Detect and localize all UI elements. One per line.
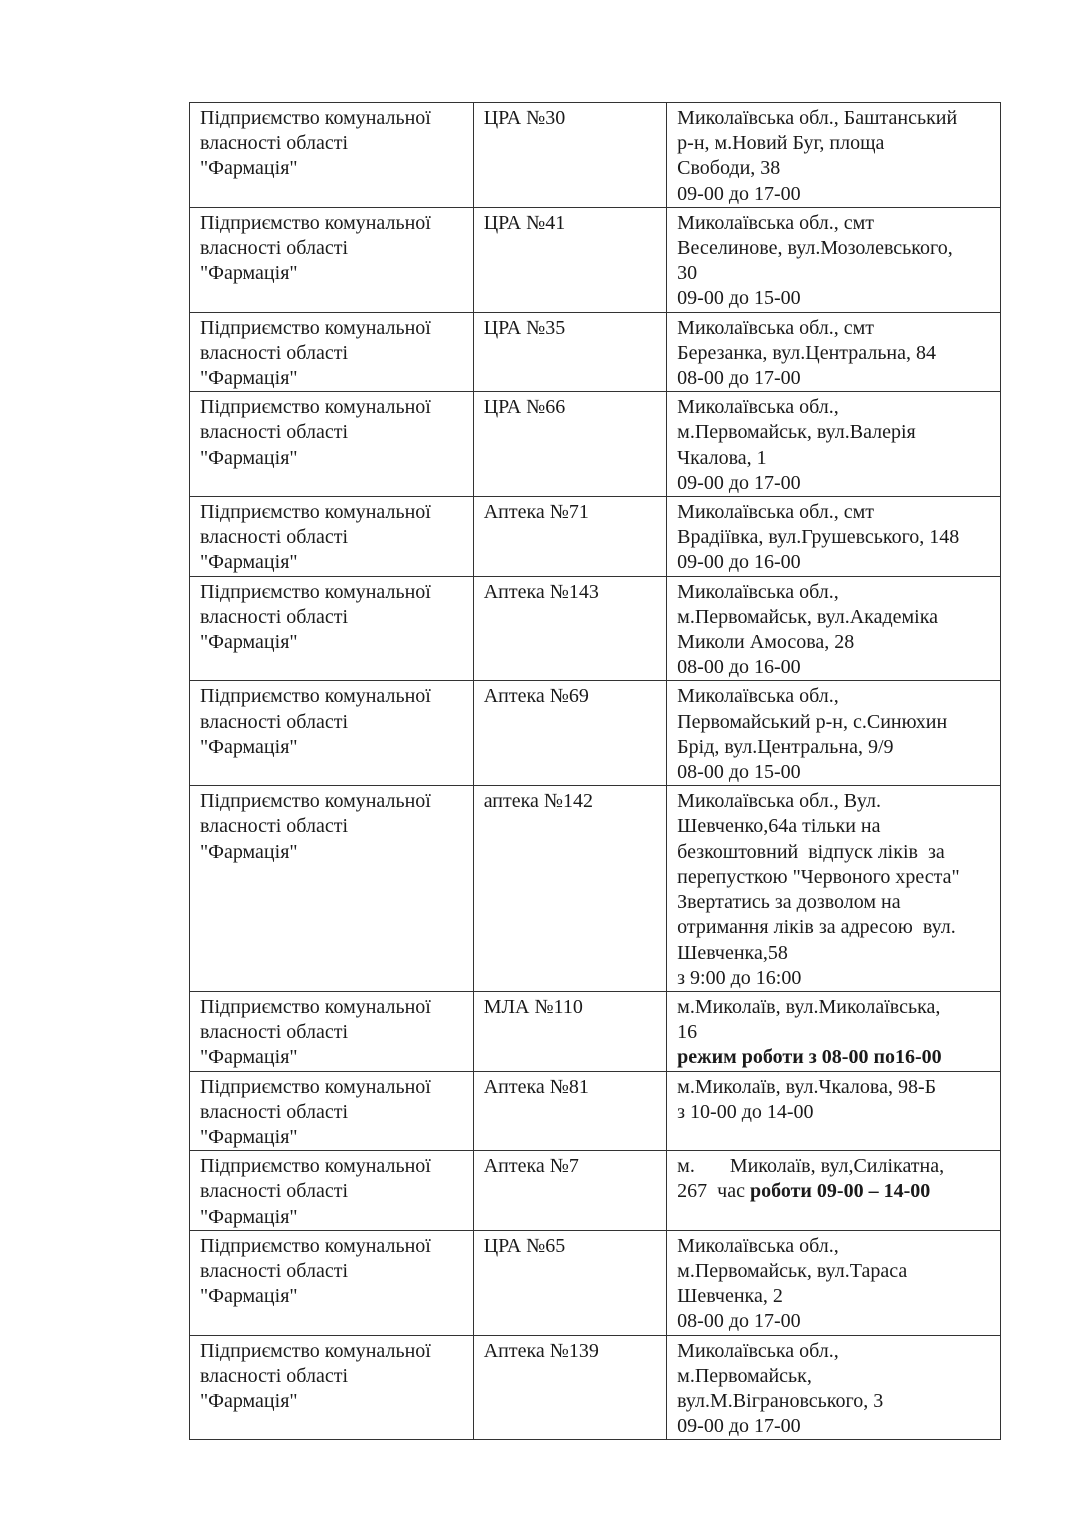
table-row: Підприємство комунальноївласності област… [190, 681, 1001, 786]
working-hours: 267 час роботи 09-00 – 14-00 [677, 1179, 992, 1204]
organization-line: Підприємство комунальної [200, 106, 465, 131]
address-line: перепусткою "Червоного хреста" [677, 865, 992, 890]
pharmacy-name: ЦРА №35 [484, 316, 658, 341]
pharmacy-name-cell: ЦРА №41 [473, 207, 666, 312]
organization-line: Підприємство комунальної [200, 684, 465, 709]
pharmacy-name-cell: Аптека №69 [473, 681, 666, 786]
pharmacy-name: ЦРА №30 [484, 106, 658, 131]
organization-line: "Фармація" [200, 446, 465, 471]
address-line: Миколаївська обл., [677, 684, 992, 709]
address-line: м. Миколаїв, вул,Силікатна, [677, 1154, 992, 1179]
address-line: Брід, вул.Центральна, 9/9 [677, 735, 992, 760]
working-hours-bold: роботи 09-00 – 14-00 [750, 1180, 930, 1202]
organization-line: власності області [200, 1020, 465, 1045]
organization-line: Підприємство комунальної [200, 1075, 465, 1100]
organization-line: "Фармація" [200, 1284, 465, 1309]
address-line: отримання ліків за адресою вул. [677, 915, 992, 940]
address-line: 08-00 до 17-00 [677, 1309, 992, 1334]
pharmacy-name: ЦРА №66 [484, 395, 658, 420]
address-line: м.Первомайськ, вул.Тараса [677, 1259, 992, 1284]
address-line: безкоштовний відпуск ліків за [677, 840, 992, 865]
address-line: Миколаївська обл., [677, 1339, 992, 1364]
table-row: Підприємство комунальноївласності област… [190, 497, 1001, 577]
address-line: Миколаївська обл., [677, 580, 992, 605]
organization-line: Підприємство комунальної [200, 1154, 465, 1179]
organization-cell: Підприємство комунальноївласності област… [190, 991, 474, 1071]
organization-line: Підприємство комунальної [200, 995, 465, 1020]
address-line: 08-00 до 16-00 [677, 655, 992, 680]
address-line: Миколи Амосова, 28 [677, 630, 992, 655]
address-line: Первомайський р-н, с.Синюхин [677, 710, 992, 735]
organization-cell: Підприємство комунальноївласності област… [190, 786, 474, 992]
table-row: Підприємство комунальноївласності област… [190, 786, 1001, 992]
organization-cell: Підприємство комунальноївласності област… [190, 312, 474, 392]
pharmacy-name: Аптека №81 [484, 1075, 658, 1100]
address-cell: Миколаївська обл., смтВеселинове, вул.Мо… [667, 207, 1001, 312]
address-line: 09-00 до 17-00 [677, 471, 992, 496]
table-row: Підприємство комунальноївласності област… [190, 392, 1001, 497]
organization-cell: Підприємство комунальноївласності област… [190, 681, 474, 786]
address-cell: Миколаївська обл., смтБерезанка, вул.Цен… [667, 312, 1001, 392]
organization-cell: Підприємство комунальноївласності област… [190, 392, 474, 497]
pharmacy-name: ЦРА №65 [484, 1234, 658, 1259]
pharmacy-name: Аптека №139 [484, 1339, 658, 1364]
address-line: 09-00 до 16-00 [677, 550, 992, 575]
address-line: Врадіївка, вул.Грушевського, 148 [677, 525, 992, 550]
table-row: Підприємство комунальноївласності област… [190, 1230, 1001, 1335]
organization-cell: Підприємство комунальноївласності област… [190, 1071, 474, 1151]
address-cell: Миколаївська обл.,м.Первомайськ, вул.Тар… [667, 1230, 1001, 1335]
table-row: Підприємство комунальноївласності област… [190, 1071, 1001, 1151]
organization-line: власності області [200, 710, 465, 735]
pharmacy-table-body: Підприємство комунальноївласності област… [190, 103, 1001, 1440]
address-cell: Миколаївська обл., смтВрадіївка, вул.Гру… [667, 497, 1001, 577]
organization-line: Підприємство комунальної [200, 316, 465, 341]
pharmacy-name: аптека №142 [484, 789, 658, 814]
working-hours: режим роботи з 08-00 по16-00 [677, 1045, 992, 1070]
address-cell: Миколаївська обл., Вул.Шевченко,64а тіль… [667, 786, 1001, 992]
address-line: Веселинове, вул.Мозолевського, [677, 236, 992, 261]
organization-line: "Фармація" [200, 1389, 465, 1414]
address-line: 08-00 до 15-00 [677, 760, 992, 785]
pharmacy-name: Аптека №71 [484, 500, 658, 525]
pharmacy-name: МЛА №110 [484, 995, 658, 1020]
table-row: Підприємство комунальноївласності област… [190, 1335, 1001, 1440]
organization-cell: Підприємство комунальноївласності област… [190, 1230, 474, 1335]
organization-line: власності області [200, 1259, 465, 1284]
organization-line: Підприємство комунальної [200, 211, 465, 236]
address-line: Миколаївська обл., [677, 1234, 992, 1259]
pharmacy-name: ЦРА №41 [484, 211, 658, 236]
organization-line: "Фармація" [200, 550, 465, 575]
organization-cell: Підприємство комунальноївласності област… [190, 103, 474, 208]
organization-line: власності області [200, 1364, 465, 1389]
address-line: 30 [677, 261, 992, 286]
address-line: Чкалова, 1 [677, 446, 992, 471]
organization-line: Підприємство комунальної [200, 395, 465, 420]
address-cell: м. Миколаїв, вул,Силікатна,267 час робот… [667, 1151, 1001, 1231]
table-row: Підприємство комунальноївласності област… [190, 207, 1001, 312]
pharmacy-name: Аптека №69 [484, 684, 658, 709]
address-line: 09-00 до 15-00 [677, 286, 992, 311]
organization-line: Підприємство комунальної [200, 1339, 465, 1364]
address-line: Свободи, 38 [677, 156, 992, 181]
address-line: м.Миколаїв, вул.Чкалова, 98-Б [677, 1075, 992, 1100]
pharmacy-name-cell: Аптека №71 [473, 497, 666, 577]
address-line: Шевченко,64а тільки на [677, 814, 992, 839]
address-cell: Миколаївська обл.,м.Первомайськ,вул.М.Ві… [667, 1335, 1001, 1440]
address-line: Звертатись за дозволом на [677, 890, 992, 915]
address-line: Миколаївська обл., смт [677, 500, 992, 525]
organization-line: "Фармація" [200, 1125, 465, 1150]
address-line: Миколаївська обл., Баштанський [677, 106, 992, 131]
organization-line: власності області [200, 605, 465, 630]
organization-line: "Фармація" [200, 840, 465, 865]
address-line: Миколаївська обл., [677, 395, 992, 420]
address-line: м.Миколаїв, вул.Миколаївська, [677, 995, 992, 1020]
address-line: з 10-00 до 14-00 [677, 1100, 992, 1125]
address-cell: Миколаївська обл.,Первомайський р-н, с.С… [667, 681, 1001, 786]
table-row: Підприємство комунальноївласності област… [190, 576, 1001, 681]
organization-line: Підприємство комунальної [200, 789, 465, 814]
address-line: 16 [677, 1020, 992, 1045]
pharmacy-name-cell: ЦРА №66 [473, 392, 666, 497]
organization-cell: Підприємство комунальноївласності област… [190, 497, 474, 577]
address-line: м.Первомайськ, [677, 1364, 992, 1389]
address-cell: м.Миколаїв, вул.Чкалова, 98-Бз 10-00 до … [667, 1071, 1001, 1151]
address-cell: Миколаївська обл.,м.Первомайськ, вул.Вал… [667, 392, 1001, 497]
pharmacy-name-cell: МЛА №110 [473, 991, 666, 1071]
address-line: 09-00 до 17-00 [677, 1414, 992, 1439]
address-line: вул.М.Віграновського, 3 [677, 1389, 992, 1414]
pharmacy-name: Аптека №7 [484, 1154, 658, 1179]
pharmacy-name-cell: Аптека №139 [473, 1335, 666, 1440]
table-row: Підприємство комунальноївласності област… [190, 1151, 1001, 1231]
address-line: Березанка, вул.Центральна, 84 [677, 341, 992, 366]
address-line: Шевченка, 2 [677, 1284, 992, 1309]
address-cell: Миколаївська обл., Баштанськийр-н, м.Нов… [667, 103, 1001, 208]
pharmacy-name-cell: аптека №142 [473, 786, 666, 992]
organization-line: "Фармація" [200, 735, 465, 760]
organization-line: "Фармація" [200, 630, 465, 655]
address-line: 09-00 до 17-00 [677, 182, 992, 207]
address-cell: м.Миколаїв, вул.Миколаївська,16режим роб… [667, 991, 1001, 1071]
pharmacy-name-cell: Аптека №81 [473, 1071, 666, 1151]
address-line: м.Первомайськ, вул.Валерія [677, 420, 992, 445]
organization-line: "Фармація" [200, 1205, 465, 1230]
organization-line: Підприємство комунальної [200, 580, 465, 605]
organization-line: власності області [200, 420, 465, 445]
organization-line: власності області [200, 525, 465, 550]
pharmacy-name: Аптека №143 [484, 580, 658, 605]
organization-cell: Підприємство комунальноївласності област… [190, 1151, 474, 1231]
organization-line: "Фармація" [200, 156, 465, 181]
organization-line: "Фармація" [200, 366, 465, 391]
address-line: Миколаївська обл., смт [677, 316, 992, 341]
pharmacy-name-cell: ЦРА №35 [473, 312, 666, 392]
organization-line: "Фармація" [200, 1045, 465, 1070]
pharmacy-name-cell: Аптека №143 [473, 576, 666, 681]
table-row: Підприємство комунальноївласності област… [190, 312, 1001, 392]
organization-line: власності області [200, 341, 465, 366]
pharmacy-name-cell: ЦРА №65 [473, 1230, 666, 1335]
organization-line: власності області [200, 814, 465, 839]
table-row: Підприємство комунальноївласності област… [190, 991, 1001, 1071]
table-row: Підприємство комунальноївласності област… [190, 103, 1001, 208]
organization-cell: Підприємство комунальноївласності област… [190, 207, 474, 312]
organization-line: власності області [200, 1179, 465, 1204]
pharmacy-table: Підприємство комунальноївласності област… [189, 102, 1001, 1440]
organization-line: Підприємство комунальної [200, 500, 465, 525]
address-line: Миколаївська обл., смт [677, 211, 992, 236]
address-line: Миколаївська обл., Вул. [677, 789, 992, 814]
address-line: р-н, м.Новий Буг, площа [677, 131, 992, 156]
organization-cell: Підприємство комунальноївласності област… [190, 1335, 474, 1440]
organization-cell: Підприємство комунальноївласності област… [190, 576, 474, 681]
organization-line: Підприємство комунальної [200, 1234, 465, 1259]
organization-line: власності області [200, 236, 465, 261]
address-line: м.Первомайськ, вул.Академіка [677, 605, 992, 630]
address-line: Шевченка,58 [677, 941, 992, 966]
organization-line: власності області [200, 131, 465, 156]
organization-line: "Фармація" [200, 261, 465, 286]
pharmacy-name-cell: ЦРА №30 [473, 103, 666, 208]
address-line: 08-00 до 17-00 [677, 366, 992, 391]
pharmacy-name-cell: Аптека №7 [473, 1151, 666, 1231]
address-cell: Миколаївська обл.,м.Первомайськ, вул.Ака… [667, 576, 1001, 681]
organization-line: власності області [200, 1100, 465, 1125]
working-hours-prefix: 267 час [677, 1180, 750, 1202]
address-line: з 9:00 до 16:00 [677, 966, 992, 991]
